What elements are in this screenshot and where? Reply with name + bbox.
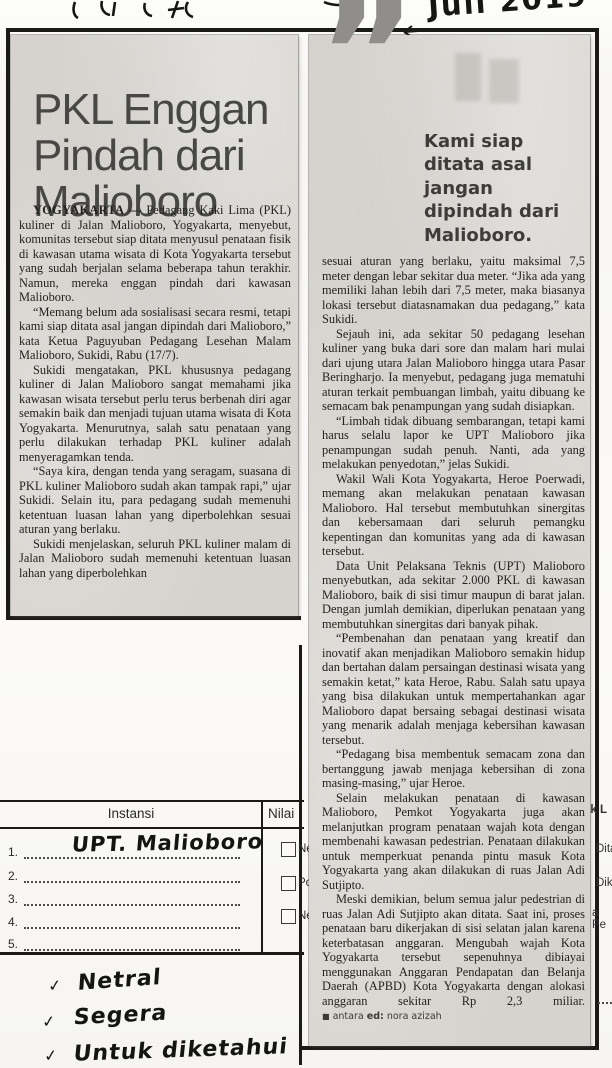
form-row-number: 2. <box>8 869 18 883</box>
form-row-number: 4. <box>8 915 18 929</box>
handwritten-check-mark: ✓ <box>47 975 62 995</box>
article-paragraph: “Limbah tidak dibuang sembarangan, tetap… <box>322 414 585 472</box>
article-paragraph: Wakil Wali Kota Yogyakarta, Heroe Poerwa… <box>322 472 585 559</box>
newspaper-clipping-scan: Juli 2019 Instansi Nilai 1. 2. 3. 4. 5. … <box>0 0 612 1068</box>
handwritten-note: Netral <box>77 965 162 996</box>
article-paragraph: sesuai aturan yang berlaku, yaitu maksim… <box>322 254 585 327</box>
handwritten-note: Segera <box>73 1001 169 1031</box>
article-paragraph: “Pedagang bisa membentuk semacam zona da… <box>322 747 585 791</box>
form-fragment: Dita <box>596 843 612 855</box>
dotted-line <box>24 949 240 951</box>
form-fragment: a Pe <box>592 907 612 931</box>
checkbox-nilai-2[interactable] <box>281 876 296 891</box>
frame-top-line <box>8 28 598 32</box>
form-vertical-line <box>299 645 302 1065</box>
article-paragraph: Data Unit Pelaksana Teknis (UPT) Maliobo… <box>322 559 585 632</box>
frame-left-bottom-line <box>6 616 301 620</box>
credit-square-icon: ■ <box>322 1012 330 1021</box>
article-paragraph: Sukidi menjelaskan, seluruh PKL kuliner … <box>19 537 291 581</box>
dotted-line <box>24 857 240 859</box>
dotted-line <box>598 1002 612 1004</box>
handwritten-scribble-left <box>60 0 320 30</box>
article-paragraph: Sukidi mengatakan, PKL khususnya pedagan… <box>19 363 291 465</box>
article-dateline: YOGYAKARTA — <box>33 203 142 217</box>
frame-left-line <box>6 28 10 620</box>
handwritten-check-mark: ✓ <box>41 1011 56 1031</box>
form-row-number: 3. <box>8 892 18 906</box>
article-paragraph: Sejauh ini, ada sekitar 50 pedagang lese… <box>322 327 585 414</box>
article-paragraph: “Memang belum ada sosialisasi secara res… <box>19 305 291 363</box>
frame-right-bottom-line <box>299 1046 599 1050</box>
pull-quote: Kami siap ditata asal jangan dipindah da… <box>424 130 576 247</box>
dotted-line <box>24 904 240 906</box>
article-paragraph: Selain melakukan penataan di kawasan Mal… <box>322 791 585 893</box>
form-header-nilai: Nilai <box>268 806 308 821</box>
article-paragraph: YOGYAKARTA — Pedagang Kaki Lima (PKL) ku… <box>19 203 291 305</box>
article-paragraph: Meski demikian, belum semua jalur pedest… <box>322 892 585 1023</box>
handwritten-instansi-value: UPT. Malioboro <box>71 829 264 856</box>
article-left-column: YOGYAKARTA — Pedagang Kaki Lima (PKL) ku… <box>19 203 291 611</box>
ink-bleed-blob <box>489 59 519 103</box>
checkbox-nilai-1[interactable] <box>281 842 296 857</box>
handwritten-check-mark: ✓ <box>43 1045 58 1065</box>
ink-bleed-blob <box>455 53 481 101</box>
clipping-left: PKL Enggan Pindah dari Malioboro YOGYAKA… <box>11 35 298 616</box>
checkbox-nilai-3[interactable] <box>281 909 296 924</box>
form-row-number: 5. <box>8 937 18 951</box>
form-header-instansi: Instansi <box>0 806 262 821</box>
handwritten-date: Juli 2019 <box>427 0 589 24</box>
dotted-line <box>24 927 240 929</box>
article-paragraph: “Pembenahan dan penataan yang kreatif da… <box>322 631 585 747</box>
dotted-line <box>24 881 240 883</box>
article-paragraph: “Saya kira, dengan tenda yang seragam, s… <box>19 464 291 537</box>
form-row-number: 1. <box>8 845 18 859</box>
handwritten-note: Untuk diketahui <box>72 1034 289 1066</box>
form-fragment: Dik <box>596 877 612 889</box>
frame-right-line <box>595 28 599 1050</box>
article-right-column: sesuai aturan yang berlaku, yaitu maksim… <box>322 254 585 1042</box>
quote-marks-icon: ” <box>318 0 417 137</box>
article-credit: ■ antara ed: nora azizah <box>322 1011 442 1022</box>
